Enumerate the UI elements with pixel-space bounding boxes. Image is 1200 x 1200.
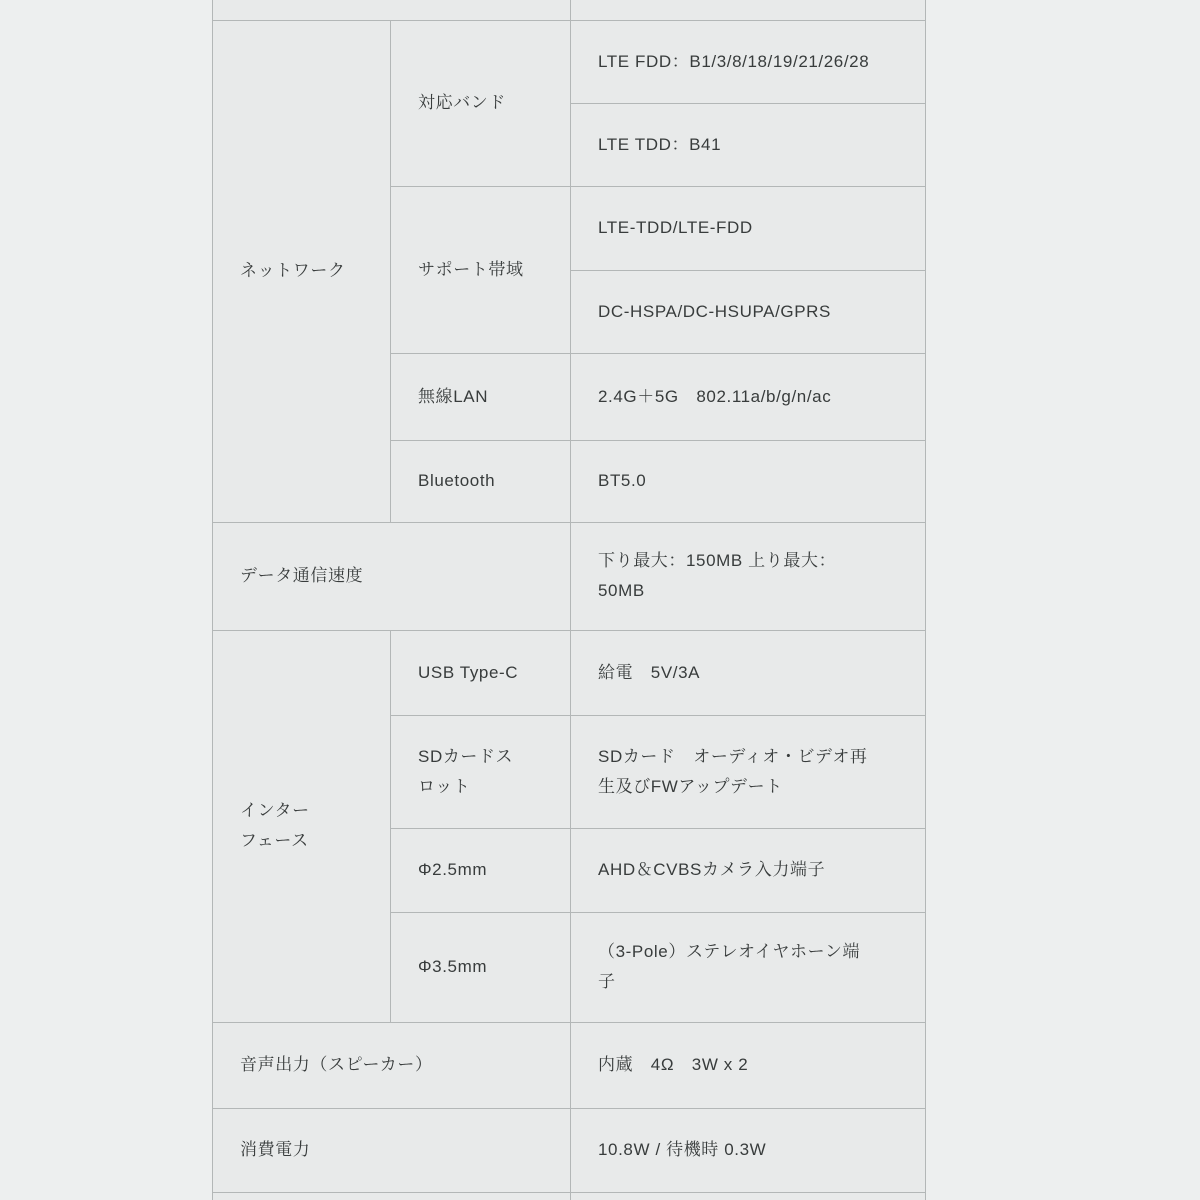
usb-value: 給電 5V/3A <box>571 630 926 715</box>
interface-group-label: インター フェース <box>213 630 391 1022</box>
support-band-label: サポート帯域 <box>391 186 571 353</box>
partial-bottom-value-cell <box>571 1192 926 1200</box>
table-row-power: 消費電力 10.8W / 待機時 0.3W <box>213 1108 926 1192</box>
usb-label: USB Type-C <box>391 630 571 715</box>
band-tdd-value: LTE TDD：B41 <box>571 103 926 186</box>
jack-2-5-label: Φ2.5mm <box>391 828 571 912</box>
support-lte-value: LTE-TDD/LTE-FDD <box>571 186 926 270</box>
bluetooth-label: Bluetooth <box>391 440 571 522</box>
table-row-data-speed: データ通信速度 下り最大：150MB 上り最大： 50MB <box>213 522 926 630</box>
band-fdd-value: LTE FDD：B1/3/8/18/19/21/26/28 <box>571 20 926 103</box>
power-value: 10.8W / 待機時 0.3W <box>571 1108 926 1192</box>
band-label: 対応バンド <box>391 20 571 186</box>
partial-top-value-cell <box>571 0 926 20</box>
partial-top-label-cell <box>213 0 571 20</box>
network-group-label: ネットワーク <box>213 20 391 522</box>
table-row-partial-bottom <box>213 1192 926 1200</box>
sd-slot-value: SDカード オーディオ・ビデオ再 生及びFWアップデート <box>571 715 926 828</box>
table-row-band-fdd: ネットワーク 対応バンド LTE FDD：B1/3/8/18/19/21/26/… <box>213 20 926 103</box>
support-hspa-value: DC-HSPA/DC-HSUPA/GPRS <box>571 270 926 353</box>
audio-output-value: 内蔵 4Ω 3W x 2 <box>571 1022 926 1108</box>
spec-table: ネットワーク 対応バンド LTE FDD：B1/3/8/18/19/21/26/… <box>212 0 926 1200</box>
table-row-audio-output: 音声出力（スピーカー） 内蔵 4Ω 3W x 2 <box>213 1022 926 1108</box>
data-speed-label: データ通信速度 <box>213 522 571 630</box>
wlan-value: 2.4G＋5G 802.11a/b/g/n/ac <box>571 353 926 440</box>
table-row-partial-top <box>213 0 926 20</box>
jack-3-5-value: （3-Pole）ステレオイヤホーン端 子 <box>571 912 926 1022</box>
bluetooth-value: BT5.0 <box>571 440 926 522</box>
partial-bottom-label-cell <box>213 1192 571 1200</box>
jack-2-5-value: AHD＆CVBSカメラ入力端子 <box>571 828 926 912</box>
table-row-usb: インター フェース USB Type-C 給電 5V/3A <box>213 630 926 715</box>
data-speed-value: 下り最大：150MB 上り最大： 50MB <box>571 522 926 630</box>
power-label: 消費電力 <box>213 1108 571 1192</box>
audio-output-label: 音声出力（スピーカー） <box>213 1022 571 1108</box>
sd-slot-label: SDカードス ロット <box>391 715 571 828</box>
jack-3-5-label: Φ3.5mm <box>391 912 571 1022</box>
wlan-label: 無線LAN <box>391 353 571 440</box>
